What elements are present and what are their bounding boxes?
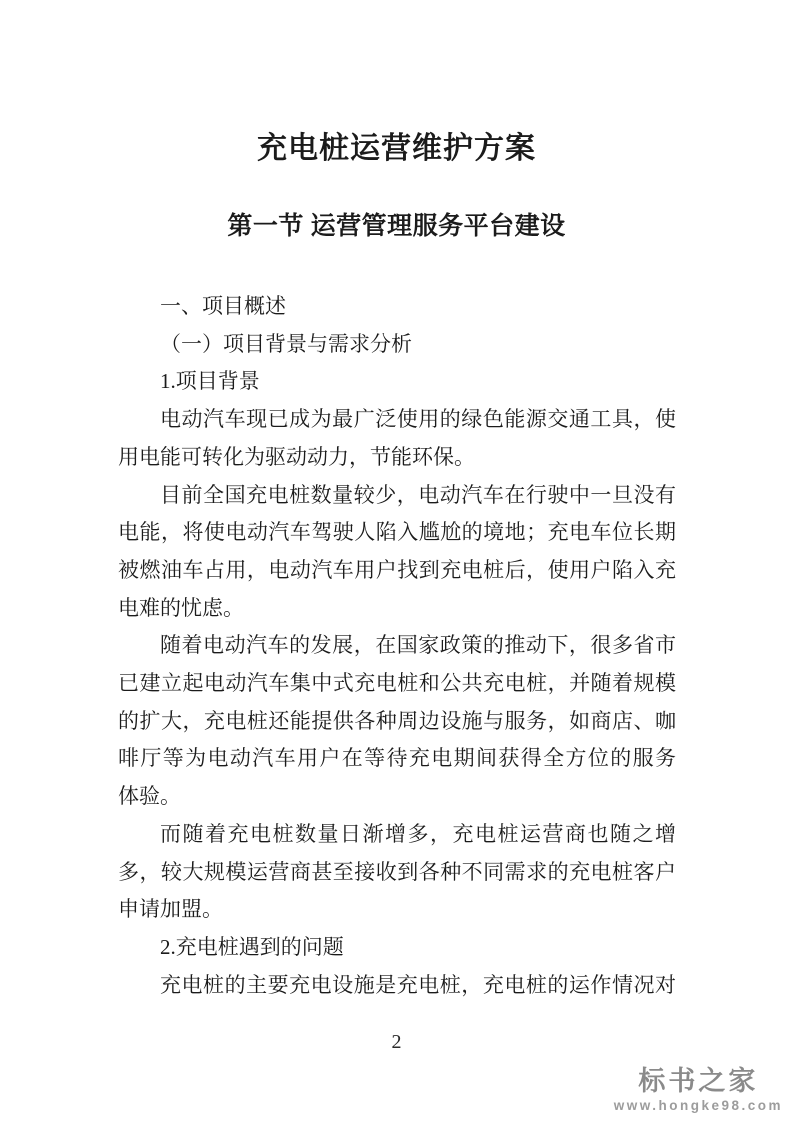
subheading-paragraph: 1.项目背景 <box>118 363 676 401</box>
watermark: 标书之家 www.hongke98.com <box>614 1067 783 1114</box>
text-line: 1.项目背景 <box>118 363 676 401</box>
text-line: 的扩大，充电桩还能提供各种周边设施与服务，如商店、咖 <box>118 703 676 741</box>
text-line: 而随着充电桩数量日渐增多，充电桩运营商也随之增 <box>118 816 676 854</box>
section-heading: 第一节 运营管理服务平台建设 <box>0 212 793 242</box>
text-line: 电能，将使电动汽车驾驶人陷入尴尬的境地；充电车位长期 <box>118 514 676 552</box>
document-title: 充电桩运营维护方案 <box>0 131 793 167</box>
subheading-paragraph: 2.充电桩遇到的问题 <box>118 929 676 967</box>
text-line: 2.充电桩遇到的问题 <box>118 929 676 967</box>
body-paragraph: 而随着充电桩数量日渐增多，充电桩运营商也随之增多，较大规模运营商甚至接收到各种不… <box>118 816 676 929</box>
watermark-url: www.hongke98.com <box>614 1099 783 1114</box>
text-line: 啡厅等为电动汽车用户在等待充电期间获得全方位的服务 <box>118 740 676 778</box>
body-paragraph: 充电桩的主要充电设施是充电桩，充电桩的运作情况对 <box>118 967 676 1005</box>
body-paragraph: 目前全国充电桩数量较少，电动汽车在行驶中一旦没有电能，将使电动汽车驾驶人陷入尴尬… <box>118 477 676 628</box>
text-line: 电难的忧虑。 <box>118 590 676 628</box>
body-paragraph: 电动汽车现已成为最广泛使用的绿色能源交通工具，使用电能可转化为驱动动力，节能环保… <box>118 401 676 476</box>
subheading-paragraph: （一）项目背景与需求分析 <box>118 326 676 364</box>
watermark-brand-logo: 标书之家 <box>614 1067 783 1097</box>
text-line: 多，较大规模运营商甚至接收到各种不同需求的充电桩客户 <box>118 854 676 892</box>
body-paragraph: 随着电动汽车的发展，在国家政策的推动下，很多省市已建立起电动汽车集中式充电桩和公… <box>118 627 676 816</box>
text-line: 一、项目概述 <box>118 288 676 326</box>
text-line: 充电桩的主要充电设施是充电桩，充电桩的运作情况对 <box>118 967 676 1005</box>
text-line: 被燃油车占用，电动汽车用户找到充电桩后，使用户陷入充 <box>118 552 676 590</box>
text-line: 电动汽车现已成为最广泛使用的绿色能源交通工具，使 <box>118 401 676 439</box>
text-line: （一）项目背景与需求分析 <box>118 326 676 364</box>
text-line: 目前全国充电桩数量较少，电动汽车在行驶中一旦没有 <box>118 477 676 515</box>
text-line: 用电能可转化为驱动动力，节能环保。 <box>118 439 676 477</box>
text-line: 体验。 <box>118 778 676 816</box>
text-line: 申请加盟。 <box>118 891 676 929</box>
page-number: 2 <box>0 1031 793 1054</box>
document-page: { "page": { "title": "充电桩运营维护方案", "secti… <box>0 0 793 1122</box>
text-line: 随着电动汽车的发展，在国家政策的推动下，很多省市 <box>118 627 676 665</box>
subheading-paragraph: 一、项目概述 <box>118 288 676 326</box>
document-body: 一、项目概述（一）项目背景与需求分析1.项目背景电动汽车现已成为最广泛使用的绿色… <box>118 288 676 1004</box>
text-line: 已建立起电动汽车集中式充电桩和公共充电桩，并随着规模 <box>118 665 676 703</box>
